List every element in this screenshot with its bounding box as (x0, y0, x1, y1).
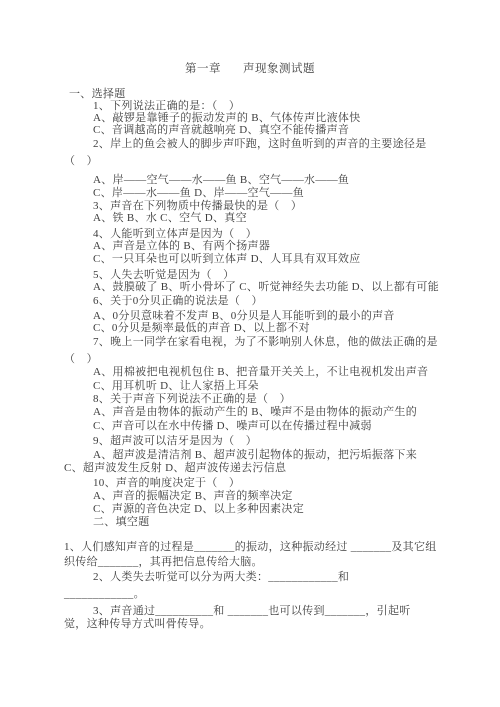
q6-options-cd: C、0分贝是频率最低的声音 D、以上都不对 (93, 322, 310, 335)
q5-options: A、鼓膜破了 B、听小骨坏了 C、听觉神经失去功能 D、以上都有可能 (93, 281, 439, 294)
q7-options-cd: C、用耳机听 D、让人家捂上耳朵 (93, 380, 259, 393)
q8-stem: 8、关于声音下列说法不正确的是（ ） (93, 393, 291, 406)
fill1-line2: 织传给_______，其再把信息传给大脑。 (64, 556, 263, 569)
q7-stem-wrap: （ ） (64, 353, 98, 366)
q2-stem-wrap: （ ） (64, 155, 98, 168)
q7-stem: 7、晚上一同学在家看电视，为了不影响别人休息，他的做法正确的是 (93, 336, 438, 349)
q9-stem: 9、超声波可以洁牙是因为（ ） (93, 435, 257, 448)
q7-options-ab: A、用棉被把电视机包住 B、把音量开关关上，不让电视机发出声音 (93, 366, 428, 379)
q6-stem: 6、关于0分贝正确的说法是（ ） (93, 295, 263, 308)
q4-options-ab: A、声音是立体的 B、有两个扬声器 (93, 240, 270, 253)
q2-options-ab: A、岸——空气——水——鱼 B、空气——水——鱼 (93, 174, 349, 187)
q10-stem: 10、声音的响度决定于（ ） (93, 477, 240, 490)
chapter-label: 第一章 (185, 63, 221, 75)
q9-options-ab: A、超声波是清洁剂 B、超声波引起物体的振动，把污垢振落下来 (93, 449, 417, 462)
q8-options-cd: C、声音可以在水中传播 D、噪声可以在传播过程中减弱 (93, 420, 372, 433)
page-title: 第一章声现象测试题 (0, 60, 500, 76)
fill2-line2: ____________。 (64, 588, 145, 601)
q4-options-cd: C、一只耳朵也可以听到立体声 D、人耳具有双耳效应 (93, 253, 361, 266)
q10-options-cd: C、声源的音色决定 D、以上多种因素决定 (93, 503, 304, 516)
fill3-line2: 觉，这种传导方式叫骨传导。 (64, 618, 211, 631)
fill1-line1: 1、人们感知声音的过程是_______的振动，这种振动经过 _______及其它… (64, 541, 437, 554)
fill2-line1: 2、人类失去听觉可以分为两大类：____________和 (93, 571, 349, 584)
q10-options-ab: A、声音的振幅决定 B、声音的频率决定 (93, 490, 293, 503)
q2-stem: 2、岸上的鱼会被人的脚步声吓跑，这时鱼听到的声音的主要途径是 (93, 138, 427, 151)
q3-options: A、铁 B、水 C、空气 D、真空 (93, 212, 247, 225)
q2-options-cd: C、岸——水——鱼 D、岸——空气——鱼 (93, 187, 304, 200)
paper-name: 声现象测试题 (243, 63, 315, 75)
q8-options-ab: A、声音是由物体的振动产生的 B、噪声不是由物体的振动产生的 (93, 406, 417, 419)
q1-options-cd: C、音调越高的声音就越响亮 D、真空不能传播声音 (93, 124, 349, 137)
q9-options-cd-wrap: C、超声波发生反射 D、超声波传递去污信息 (64, 462, 286, 475)
section-2-heading: 二、填空题 (93, 516, 150, 529)
test-paper-page: 第一章声现象测试题 一、选择题 1、下列说法正确的是：（ ） A、敲锣是靠锤子的… (0, 0, 500, 707)
fill3-line1: 3、声音通过__________和 _______也可以传到_______，引起… (93, 605, 411, 618)
